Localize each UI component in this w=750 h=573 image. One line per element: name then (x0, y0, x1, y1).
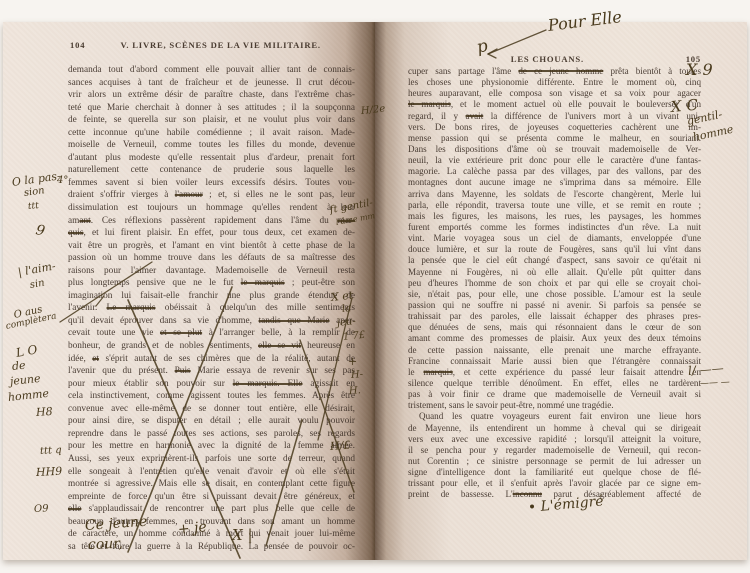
text-line: idée, et s'éprit autant de ses chimères … (68, 353, 355, 366)
text-line: amant. Ces réflexions passèrent rapideme… (68, 215, 355, 228)
text-line: trissant pour elle, et il s'enfuit après… (408, 478, 701, 489)
struck-text: l'amour (175, 190, 203, 200)
printed-text: que dénuées de sens, mais qui résonnaien… (408, 322, 701, 332)
printed-text: de cette passion naissante, elle prenait… (408, 345, 701, 355)
text-line: arriva dans Mayenne, les soldats de l'es… (408, 189, 701, 200)
handwritten-annotation: la (341, 303, 351, 315)
printed-text: , et cette expérience du passé leur fais… (453, 367, 701, 377)
printed-text: teté que Marie cherchait à donner à ses … (68, 103, 355, 113)
printed-text: Dans les dispositions d'âme où se trouva… (408, 144, 701, 154)
struck-text: elle (68, 504, 81, 514)
printed-text: nut Corentin ; ce sinistre personnage se… (408, 456, 701, 466)
printed-text: demanda tout d'abord comment elle pouvai… (68, 65, 355, 75)
printed-text: naturellement cette contenance de pruder… (68, 165, 355, 175)
text-line: plus longtemps pensive que ne le fut le … (68, 277, 355, 290)
struck-text: ant (79, 216, 90, 226)
text-line: vint. Marie voyagea sous un ciel de diam… (408, 233, 701, 244)
struck-text: avait (466, 111, 484, 121)
text-line: imagination lui faisait-elle franchir un… (68, 290, 355, 303)
printed-text: draient s'offrir vierges à (68, 190, 175, 200)
printed-text: le (408, 367, 423, 377)
handwritten-annotation: X 9 (686, 60, 713, 79)
printed-text: mense passion qui se présenta comme le m… (408, 133, 701, 143)
text-line: elle s'applaudissait de rencontrer une p… (68, 503, 355, 516)
left-page-number: 104 (70, 40, 85, 50)
printed-text: ; et, si elles ne le sont pas, leur (203, 190, 355, 200)
handwritten-annotation: ttt (28, 201, 40, 212)
text-line: le marquis, et cette expérience du passé… (408, 367, 701, 378)
printed-text: vers. De bons rires, de joyeuses coquett… (408, 122, 701, 132)
text-line: heures auparavant, elle composa son visa… (408, 88, 701, 99)
text-line: montagnes dont aucune image ne s'imprima… (408, 177, 701, 188)
printed-text: magorie. La calèche passa par des villag… (408, 166, 701, 176)
printed-text: Aussi, ses yeux exprimèrent-ils parfois … (68, 454, 355, 464)
text-line: demanda tout d'abord comment elle pouvai… (68, 64, 355, 77)
printed-text: elle songeait à l'entretien qu'elle vena… (68, 467, 355, 477)
printed-text: signe d'intelligence dont la familiarité… (408, 467, 701, 477)
printed-text: Mayenne ni Fougères, ni où elle allait. … (408, 267, 701, 277)
printed-text: Francine connaissait Marie aussi bien qu… (408, 356, 701, 366)
printed-text: montrée si agressive. Mais elle se disai… (68, 479, 355, 489)
printed-text: neuil, la vie extérieure prit donc pour … (408, 155, 701, 165)
text-line: montrée si agressive. Mais elle se disai… (68, 478, 355, 491)
text-line: Quand les quatre voyageurs eurent fait e… (408, 411, 701, 422)
printed-text: . Ces réflexions passèrent rapidement da… (91, 216, 338, 226)
text-line: les choses une physionomie différente. E… (408, 77, 701, 88)
text-line: vrir alors un extrême désir de paraître … (68, 89, 355, 102)
handwritten-annotation: 4° (57, 175, 68, 186)
text-line: naturellement cette contenance de pruder… (68, 164, 355, 177)
handwritten-annotation: 1 7£ (342, 330, 365, 343)
text-line: empreinte de force qu'un être si puissan… (68, 491, 355, 504)
printed-text: obéissait à quelqu'un des mille sentimen… (156, 303, 356, 313)
printed-text: d'autant plus modeste qu'elle ressentait… (68, 153, 355, 163)
text-line: pour ainsi dire, se disputer en détail ;… (68, 415, 355, 428)
text-line: vers eux avec une excessive rapidité ; l… (408, 434, 701, 445)
text-line: cevait toute une vie et se plut à l'arra… (68, 327, 355, 340)
text-line: signe d'intelligence dont la familiarité… (408, 467, 701, 478)
right-page-header: LES CHOUANS. 105 (409, 54, 701, 64)
printed-text: s'applaudissait de rencontrer une part p… (81, 504, 355, 514)
text-line: mense passion qui se présenta comme le m… (408, 133, 701, 144)
text-line: vait être un progrès, et l'amant en vint… (68, 240, 355, 253)
printed-text: parla, elle répondit, traversa toute une… (408, 200, 701, 210)
text-line: cette inconnue qu'une habile comédienne … (68, 127, 355, 140)
text-line: sie, n'était pas, pour elle, une chose p… (408, 289, 701, 300)
text-line: cuper sans partage l'âme de ce jeune hom… (408, 66, 701, 77)
printed-text: dissimulation est toujours un hommage qu… (68, 203, 355, 213)
printed-text: Quand les quatre voyageurs eurent fait e… (419, 411, 701, 421)
left-running-title: V. LIVRE, SCÈNES DE LA VIE MILITAIRE. (85, 40, 356, 50)
text-line: femmes savent si bien voiler leurs exces… (68, 177, 355, 190)
printed-text: l'avenir. (68, 303, 107, 313)
printed-text: preint de bassesse. L' (408, 489, 513, 499)
text-line: d'autant plus modeste qu'elle ressentait… (68, 152, 355, 165)
printed-text: heures auparavant, elle composa son visa… (408, 88, 701, 98)
struck-text: et (92, 354, 99, 364)
text-line: de cette passion naissante, elle prenait… (408, 345, 701, 356)
text-line: tristement, sans le savoir peut-être, no… (408, 400, 701, 411)
text-line: silence quelque terrible dénoûment. En e… (408, 378, 701, 389)
printed-text: de feinte, se querella sur son plaisir, … (68, 115, 355, 125)
handwritten-annotation: H. (349, 385, 362, 397)
right-page-body: cuper sans partage l'âme de ce jeune hom… (408, 66, 701, 500)
printed-text: empreinte de force qu'un être si puissan… (68, 492, 355, 502)
handwritten-annotation: HH9 (36, 465, 63, 479)
book-scan: 104 V. LIVRE, SCÈNES DE LA VIE MILITAIRE… (0, 0, 750, 573)
struck-text: Le marquis (107, 303, 156, 313)
text-line: pour les mettre en harmonie avec la dign… (68, 440, 355, 453)
handwritten-annotation: + (348, 355, 357, 368)
printed-text: bonheur, de grands et de nobles sentimen… (68, 341, 258, 351)
printed-text: cela instinctivement, comme agissent tou… (68, 391, 355, 401)
printed-text: s'éprit autant de ses chimères que de la… (99, 354, 355, 364)
text-line: teté que Marie cherchait à donner à ses … (68, 102, 355, 115)
printed-text: , et lui firent plaisir. En effet, pour … (84, 228, 356, 238)
printed-text: vrir alors un extrême désir de paraître … (68, 90, 355, 100)
printed-text: pour ainsi dire, se disputer en détail ;… (68, 416, 355, 426)
printed-text: montagnes dont aucune image ne s'imprima… (408, 177, 701, 187)
struck-text: le marquis (241, 278, 285, 288)
printed-text: l'avenir que du présent. (68, 366, 175, 376)
text-line: bonheur, de grands et de nobles sentimen… (68, 340, 355, 353)
handwritten-annotation: jeu- (336, 316, 356, 329)
struck-text: le marquis (408, 99, 451, 109)
handwritten-annotation: X et (330, 289, 354, 304)
printed-text: imagination lui faisait-elle franchir un… (68, 291, 355, 301)
printed-text: pour les mettre en harmonie avec la dign… (68, 441, 355, 451)
printed-text: , et le moment actuel où elle pouvait le… (451, 99, 701, 109)
text-line: magorie. La calèche passa par des villag… (408, 166, 701, 177)
text-line: mais les figures, les maisons, les rues,… (408, 211, 701, 222)
struck-text: Puis (175, 366, 191, 376)
text-line: douce lumière, et sur la route de Fougèr… (408, 244, 701, 255)
text-line: trahissait par des paroles, elle laissai… (408, 311, 701, 322)
printed-text: sie, n'était pas, pour elle, une chose p… (408, 289, 701, 299)
text-line: vers. De bons rires, de joyeuses coquett… (408, 122, 701, 133)
text-line: sances acquises à tant de fraîcheur et d… (68, 77, 355, 90)
printed-text: passion qui ne souffre ni passé ni aveni… (408, 300, 701, 310)
text-line: reprendre dans le passé toutes ses actio… (68, 428, 355, 441)
printed-text: Marie essaya de revenir sur ses pas (191, 366, 355, 376)
text-line: Aussi, ses yeux exprimèrent-ils parfois … (68, 453, 355, 466)
printed-text: silence quelque terrible dénoûment. En e… (408, 378, 701, 388)
text-line: de feinte, se querella sur son plaisir, … (68, 114, 355, 127)
printed-text: reprendre dans le passé toutes ses actio… (68, 429, 355, 439)
printed-text: la pensée que le ciel eût changé d'aspec… (408, 255, 701, 265)
printed-text: plus longtemps pensive que ne le fut (68, 278, 241, 288)
printed-text: tristement, sans le savoir peut-être, no… (408, 400, 614, 410)
printed-text: trissant pour elle, et il s'enfuit après… (408, 478, 701, 488)
handwritten-annotation: X | (232, 526, 253, 544)
printed-text: pour mieux établir son pouvoir sur (68, 379, 233, 389)
left-page-body: demanda tout d'abord comment elle pouvai… (68, 64, 355, 553)
text-line: il se pencha pour y regarder mademoisell… (408, 445, 701, 456)
text-line: Dans les dispositions d'âme où se trouva… (408, 144, 701, 155)
handwritten-annotation: de (11, 359, 26, 373)
printed-text: raisons pour l'aimer davantage. Mademois… (68, 266, 355, 276)
printed-text: il se pencha pour y regarder mademoisell… (408, 445, 701, 455)
text-line: l'avenir. Le marquis obéissait à quelqu'… (68, 302, 355, 315)
handwritten-annotation: H- (351, 369, 364, 381)
text-line: passion où un homme trouve dans les défa… (68, 252, 355, 265)
struck-text: le marquis. Elle (233, 379, 303, 389)
handwritten-annotation: ttt q (40, 445, 62, 457)
printed-text: vait être un progrès, et l'amant en vint… (68, 241, 355, 251)
text-line: neuil, la vie extérieure prit donc pour … (408, 155, 701, 166)
text-line: furent emportés comme les formes indisti… (408, 222, 701, 233)
printed-text: cevait toute une vie (68, 328, 160, 338)
printed-text: femmes savent si bien voiler leurs exces… (68, 178, 355, 188)
printed-text: à l'arranger belle, à la remplir de (202, 328, 355, 338)
printed-text: convenue avec elle-même de se donner tou… (68, 404, 355, 414)
text-line: Mayenne ni Fougères, ni où elle allait. … (408, 267, 701, 278)
text-line: l'avenir que du présent. Puis Marie essa… (68, 365, 355, 378)
text-line: cela instinctivement, comme agissent tou… (68, 390, 355, 403)
handwritten-annotation: cour, (88, 536, 123, 553)
text-line: convenue avec elle-même de se donner tou… (68, 403, 355, 416)
printed-text: regard, il y (408, 111, 466, 121)
printed-text: pas à voir finir ce drame que mademoisel… (408, 389, 701, 399)
printed-text: peu d'heures l'homme de son choix et par… (408, 278, 701, 288)
text-line: moiselle de Verneuil, comme toutes les f… (68, 139, 355, 152)
text-line: nut Corentin ; ce sinistre personnage se… (408, 456, 701, 467)
text-line: passion qui ne souffre ni passé ni aveni… (408, 300, 701, 311)
printed-text: douce lumière, et sur la route de Fougèr… (408, 244, 701, 254)
struck-text: elle se vit (258, 341, 301, 351)
printed-text: cette inconnue qu'une habile comédienne … (68, 128, 355, 138)
printed-text: furent emportés comme les formes indisti… (408, 222, 701, 232)
text-line: draient s'offrir vierges à l'amour ; et,… (68, 189, 355, 202)
printed-text: la différence de l'univers mort à un viv… (483, 111, 701, 121)
text-line: amant comme des promesses de plaisir. Au… (408, 333, 701, 344)
struck-text: inconnu (513, 489, 542, 499)
left-page-header: 104 V. LIVRE, SCÈNES DE LA VIE MILITAIRE… (70, 40, 356, 50)
printed-text: agissait en (303, 379, 355, 389)
struck-text: et se plut (160, 328, 202, 338)
text-line: de Mayenne, ils entendirent un homme à c… (408, 423, 701, 434)
printed-text: sances acquises à tant de fraîcheur et d… (68, 78, 355, 88)
text-line: pour mieux établir son pouvoir sur le ma… (68, 378, 355, 391)
text-line: raisons pour l'aimer davantage. Mademois… (68, 265, 355, 278)
struck-text: marquis (423, 367, 452, 377)
handwritten-annotation: O9 (34, 503, 49, 515)
printed-text: moiselle de Verneuil, comme toutes les f… (68, 140, 355, 150)
text-line: pas à voir finir ce drame que mademoisel… (408, 389, 701, 400)
text-line: que dénuées de sens, mais qui résonnaien… (408, 322, 701, 333)
text-line: quis, et lui firent plaisir. En effet, p… (68, 227, 355, 240)
printed-text: am (68, 216, 79, 226)
text-line: dissimulation est toujours un hommage qu… (68, 202, 355, 215)
printed-text: qu'il devait éprouver dans sa vie d'homm… (68, 316, 259, 326)
text-line: peu d'heures l'homme de son choix et par… (408, 278, 701, 289)
right-running-title: LES CHOUANS. (409, 54, 686, 64)
printed-text: mais les figures, les maisons, les rues,… (408, 211, 701, 221)
struck-text: quis (68, 228, 84, 238)
text-line: le marquis, et le moment actuel où elle … (408, 99, 701, 110)
text-line: regard, il y avait la différence de l'un… (408, 111, 701, 122)
printed-text: de Mayenne, ils entendirent un homme à c… (408, 423, 701, 433)
text-line: qu'il devait éprouver dans sa vie d'homm… (68, 315, 355, 328)
printed-text: vers eux avec une excessive rapidité ; l… (408, 434, 701, 444)
printed-text: les choses une physionomie différente. E… (408, 77, 701, 87)
printed-text: cuper sans partage l'âme (408, 66, 518, 76)
text-line: Francine connaissait Marie aussi bien qu… (408, 356, 701, 367)
struck-text: de ce jeune homme (518, 66, 603, 76)
printed-text: ; peut-être son (285, 278, 355, 288)
handwritten-annotation: —— — (700, 377, 730, 389)
printed-text: passion où un homme trouve dans les défa… (68, 253, 355, 263)
text-line: la pensée que le ciel eût changé d'aspec… (408, 255, 701, 266)
struck-text: tandis que Marie (259, 316, 330, 326)
text-line: parla, elle répondit, traversa toute une… (408, 200, 701, 211)
handwritten-annotation: H/£ (330, 439, 351, 453)
text-line: elle songeait à l'entretien qu'elle vena… (68, 466, 355, 479)
handwritten-annotation: + je (177, 519, 207, 538)
handwritten-annotation: H8 (36, 405, 53, 419)
printed-text: amant comme des promesses de plaisir. Au… (408, 333, 701, 343)
printed-text: trahissait par des paroles, elle laissai… (408, 311, 701, 321)
printed-text: vint. Marie voyagea sous un ciel de diam… (408, 233, 701, 243)
printed-text: arriva dans Mayenne, les soldats de l'es… (408, 189, 701, 199)
printed-text: idée, (68, 354, 92, 364)
